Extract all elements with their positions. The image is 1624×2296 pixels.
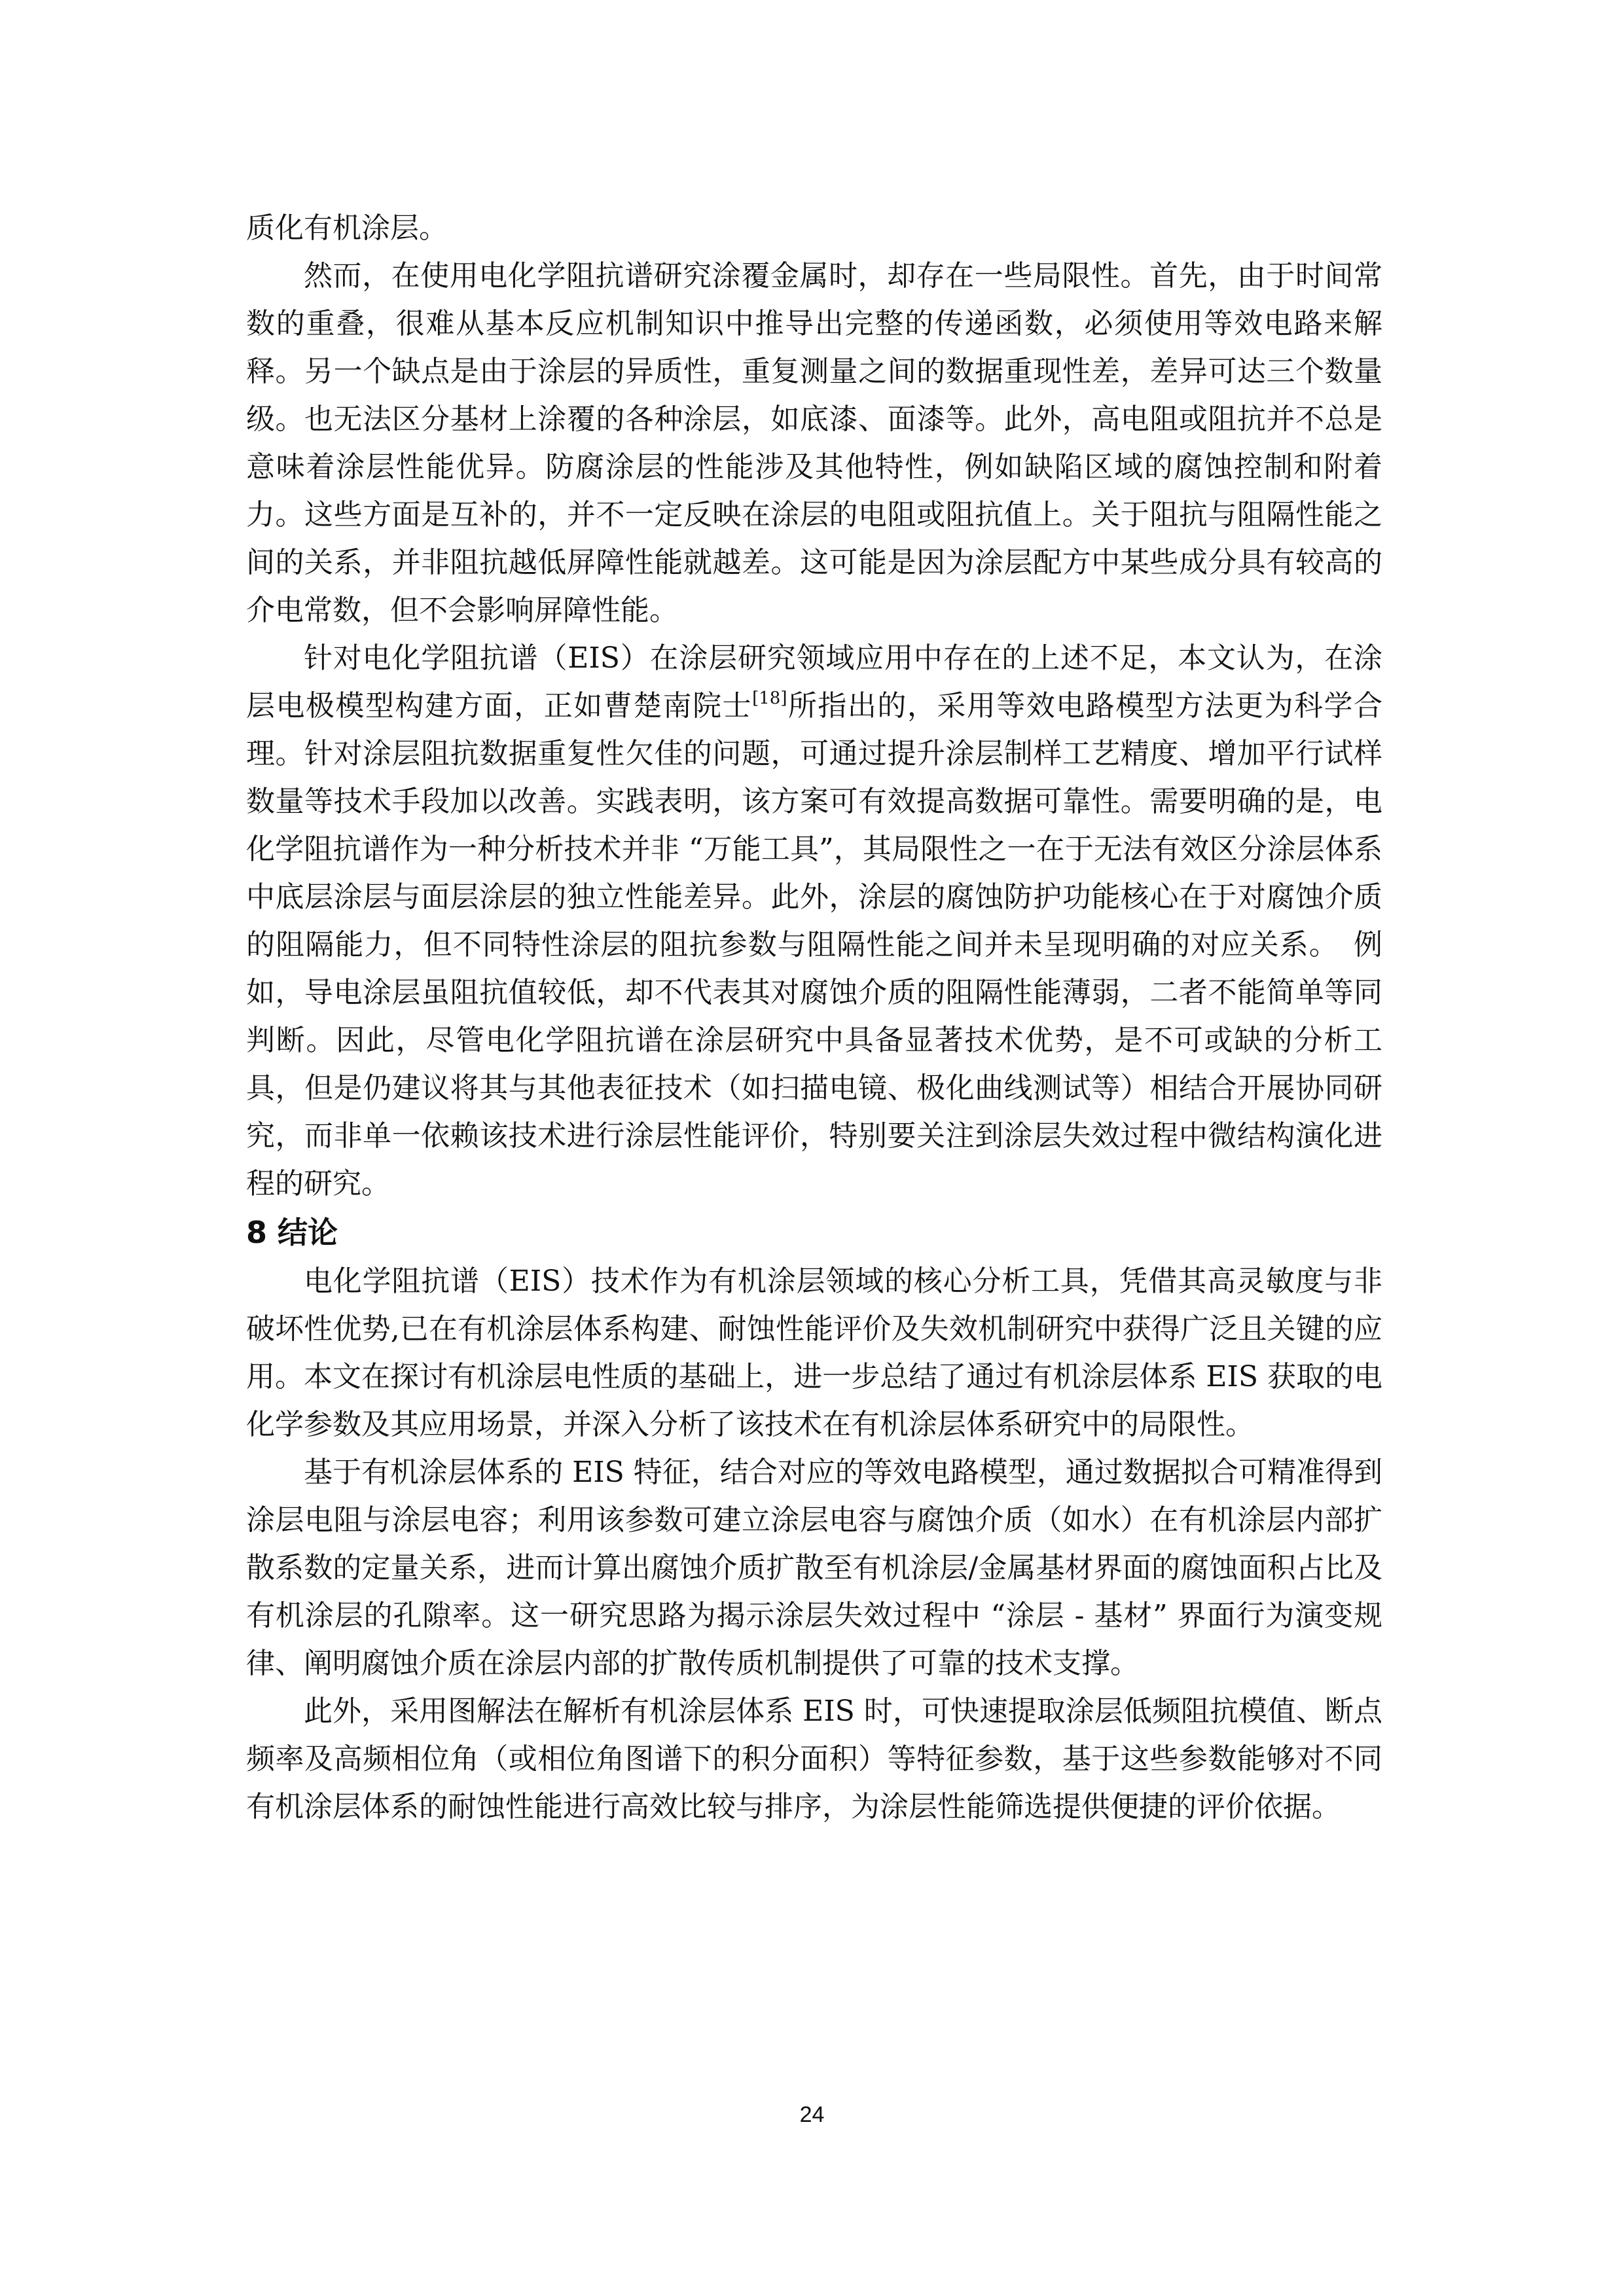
- paragraph-text-after-ref: 所指出的，采用等效电路模型方法更为科学合理。针对涂层阻抗数据重复性欠佳的问题，可…: [246, 689, 1382, 1200]
- paragraph-conclusion-2: 基于有机涂层体系的 EIS 特征，结合对应的等效电路模型，通过数据拟合可精准得到…: [246, 1448, 1382, 1687]
- paragraph-conclusion-3: 此外，采用图解法在解析有机涂层体系 EIS 时，可快速提取涂层低频阻抗模值、断点…: [246, 1687, 1382, 1831]
- paragraph-limitations: 然而，在使用电化学阻抗谱研究涂覆金属时，却存在一些局限性。首先，由于时间常数的重…: [246, 252, 1382, 634]
- paragraph-recommendations: 针对电化学阻抗谱（EIS）在涂层研究领域应用中存在的上述不足，本文认为，在涂层电…: [246, 634, 1382, 1208]
- page-number: 24: [0, 2102, 1624, 2128]
- paragraph-conclusion-1: 电化学阻抗谱（EIS）技术作为有机涂层领域的核心分析工具，凭借其高灵敏度与非破坏…: [246, 1257, 1382, 1448]
- section-heading-conclusion: 8 结论: [246, 1208, 1382, 1257]
- paragraph-continuation: 质化有机涂层。: [246, 204, 1382, 252]
- citation-ref: [18]: [752, 689, 787, 708]
- page-body: 质化有机涂层。 然而，在使用电化学阻抗谱研究涂覆金属时，却存在一些局限性。首先，…: [246, 204, 1382, 1831]
